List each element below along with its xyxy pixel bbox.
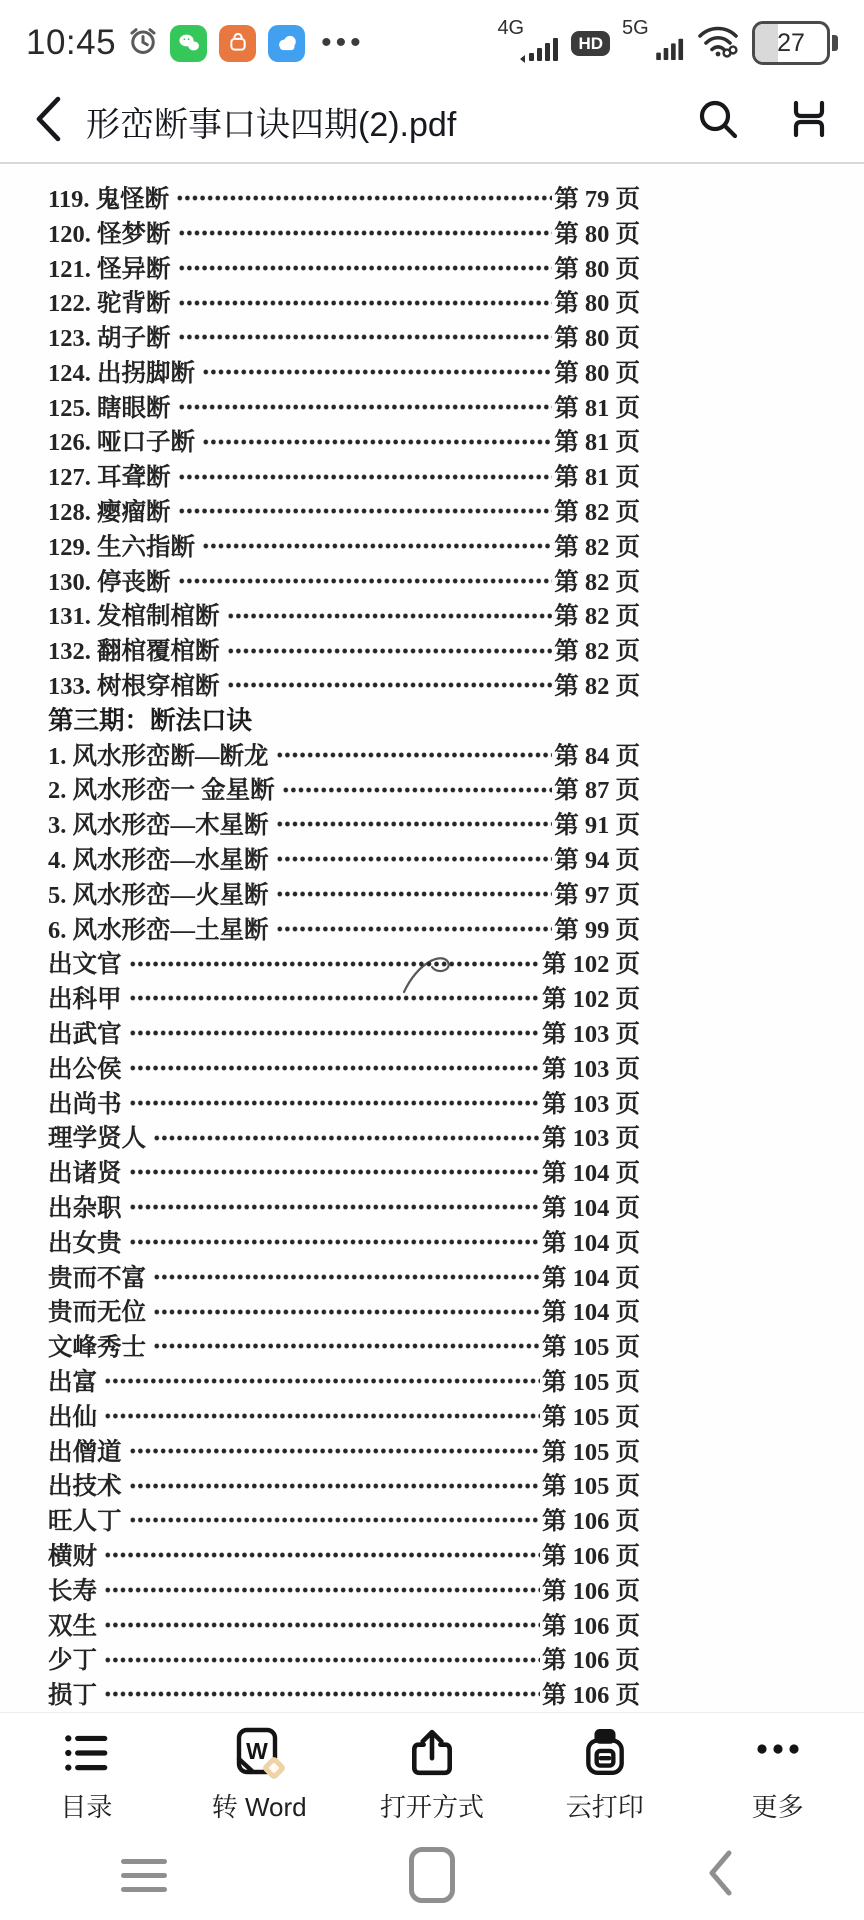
toc-page-number: 第 82 页 xyxy=(554,632,640,667)
toc-dot-leader xyxy=(178,493,553,528)
toc-row: 126. 哑口子断第 81 页 xyxy=(48,424,640,459)
status-bar: 10:45 xyxy=(0,0,864,80)
toc-row: 128. 瘿瘤断第 82 页 xyxy=(48,493,640,528)
toc-item-title: 长寿 xyxy=(48,1572,97,1607)
bottom-toolbar: 目录 W 转 Word xyxy=(0,1712,864,1830)
toc-dot-leader xyxy=(282,772,553,807)
toc-row: 出僧道第 105 页 xyxy=(48,1433,640,1468)
toc-item-title: 1. 风水形峦断—断龙 xyxy=(48,737,269,772)
status-right: 4G HD 5G xyxy=(497,19,838,67)
toc-page-number: 第 80 页 xyxy=(554,284,640,319)
toc-page-number: 第 106 页 xyxy=(542,1676,640,1711)
toc-row: 129. 生六指断第 82 页 xyxy=(48,528,640,563)
toc-item-title: 双生 xyxy=(48,1607,97,1642)
cloud-print-icon xyxy=(580,1725,630,1781)
toc-dot-leader xyxy=(104,1537,540,1572)
toc-page-number: 第 80 页 xyxy=(554,215,640,250)
toc-dot-leader xyxy=(178,250,553,285)
toc-dot-leader xyxy=(104,1641,540,1676)
toc-dot-leader xyxy=(276,806,553,841)
toc-dot-leader xyxy=(104,1607,540,1642)
toc-page-number: 第 82 页 xyxy=(554,563,640,598)
toc-item-title: 出科甲 xyxy=(48,980,122,1015)
toc-item-title: 出文官 xyxy=(48,945,122,980)
toolbar-label: 转 Word xyxy=(212,1787,307,1824)
toc-page-number: 第 97 页 xyxy=(554,876,640,911)
toc-dot-leader xyxy=(104,1676,540,1711)
open-with-icon xyxy=(407,1725,457,1781)
toc-row: 122. 驼背断第 80 页 xyxy=(48,284,640,319)
toc-page-number: 第 84 页 xyxy=(554,737,640,772)
toc-item-title: 128. 瘿瘤断 xyxy=(48,493,171,528)
toc-row: 长寿第 106 页 xyxy=(48,1572,640,1607)
toc-dot-leader xyxy=(129,1224,541,1259)
toc-page-number: 第 105 页 xyxy=(542,1433,640,1468)
toc-item-title: 出女贵 xyxy=(48,1224,122,1259)
system-navbar xyxy=(0,1830,864,1920)
toc-item-title: 132. 翻棺覆棺断 xyxy=(48,632,220,667)
toc-page-number: 第 105 页 xyxy=(542,1398,640,1433)
toc-dot-leader xyxy=(129,946,541,981)
toc-item-title: 3. 风水形峦—木星断 xyxy=(48,806,269,841)
toc-row: 1. 风水形峦断—断龙第 84 页 xyxy=(48,737,640,772)
app-store-icon xyxy=(219,25,256,62)
toc-row: 出富第 105 页 xyxy=(48,1363,640,1398)
toc-item-title: 119. 鬼怪断 xyxy=(48,180,169,215)
toc-dot-leader xyxy=(227,632,553,667)
toc-row: 123. 胡子断第 80 页 xyxy=(48,319,640,354)
toc-row: 131. 发棺制棺断第 82 页 xyxy=(48,598,640,633)
document-title: 形峦断事口诀四期(2).pdf xyxy=(86,97,686,146)
toc-item-title: 出公侯 xyxy=(48,1050,122,1085)
battery-percent: 27 xyxy=(777,29,805,58)
toc-item-title: 文峰秀士 xyxy=(48,1328,146,1363)
toc-row: 文峰秀士第 105 页 xyxy=(48,1328,640,1363)
toc-row: 130. 停丧断第 82 页 xyxy=(48,563,640,598)
toc-page-number: 第 94 页 xyxy=(554,841,640,876)
toc-page-number: 第 105 页 xyxy=(542,1328,640,1363)
toc-row: 125. 瞎眼断第 81 页 xyxy=(48,389,640,424)
toc-item-title: 出杂职 xyxy=(48,1189,122,1224)
toc-page-number: 第 105 页 xyxy=(542,1363,640,1398)
toc-row: 出诸贤第 104 页 xyxy=(48,1154,640,1189)
pdf-reader-screen: 10:45 xyxy=(0,0,864,1920)
toolbar-label: 目录 xyxy=(60,1787,112,1824)
toc-item-title: 出诸贤 xyxy=(48,1154,122,1189)
toc-dot-leader xyxy=(129,1085,541,1120)
wifi-icon xyxy=(696,23,740,64)
toc-row: 双生第 106 页 xyxy=(48,1607,640,1642)
toc-dot-leader xyxy=(178,319,553,354)
toc-dot-leader xyxy=(129,1154,541,1189)
cloud-message-icon xyxy=(268,25,305,62)
home-button[interactable] xyxy=(409,1847,455,1903)
toc-dot-leader xyxy=(178,389,553,424)
recents-button[interactable] xyxy=(121,1859,167,1892)
toolbar-item-to-word[interactable]: W 转 Word xyxy=(173,1713,346,1830)
toc-item-title: 贵而不富 xyxy=(48,1259,146,1294)
pdf-page: 119. 鬼怪断第 79 页120. 怪梦断第 80 页121. 怪异断第 80… xyxy=(0,166,864,1712)
toc-row: 出公侯第 103 页 xyxy=(48,1050,640,1085)
toc-dot-leader xyxy=(178,563,553,598)
toc-dot-leader xyxy=(276,911,553,946)
toc-dot-leader xyxy=(129,1433,541,1468)
toc-item-title: 4. 风水形峦—水星断 xyxy=(48,841,269,876)
toc-dot-leader xyxy=(202,354,552,389)
toolbar-label: 打开方式 xyxy=(380,1787,484,1824)
toc-list-icon xyxy=(61,1725,111,1781)
search-button[interactable] xyxy=(696,97,740,146)
toc-rows: 119. 鬼怪断第 79 页120. 怪梦断第 80 页121. 怪异断第 80… xyxy=(48,180,640,1711)
toc-page-number: 第 80 页 xyxy=(554,354,640,389)
toc-item-title: 131. 发棺制棺断 xyxy=(48,597,220,632)
toc-item-title: 121. 怪异断 xyxy=(48,250,171,285)
toc-page-number: 第 104 页 xyxy=(542,1189,640,1224)
toc-dot-leader xyxy=(176,180,552,215)
toc-item-title: 5. 风水形峦—火星断 xyxy=(48,876,269,911)
toc-dot-leader xyxy=(227,598,553,633)
toc-row: 132. 翻棺覆棺断第 82 页 xyxy=(48,632,640,667)
toolbar-item-toc[interactable]: 目录 xyxy=(0,1713,173,1830)
toc-item-title: 2. 风水形峦一 金星断 xyxy=(48,771,275,806)
toc-row: 6. 风水形峦—土星断第 99 页 xyxy=(48,911,640,946)
toc-page-number: 第 104 页 xyxy=(542,1154,640,1189)
toc-item-title: 少丁 xyxy=(48,1641,97,1676)
toc-dot-leader xyxy=(104,1572,540,1607)
toc-dot-leader xyxy=(129,1467,541,1502)
toc-item-title: 第三期：断法口诀 xyxy=(48,701,252,737)
header-bar: 形峦断事口诀四期(2).pdf xyxy=(0,80,864,164)
toc-item-title: 122. 驼背断 xyxy=(48,284,171,319)
toc-dot-leader xyxy=(178,215,553,250)
toc-row: 5. 风水形峦—火星断第 97 页 xyxy=(48,876,640,911)
toc-row: 出杂职第 104 页 xyxy=(48,1189,640,1224)
toc-dot-leader xyxy=(276,841,553,876)
toolbar-label: 云打印 xyxy=(566,1787,644,1824)
toc-row: 119. 鬼怪断第 79 页 xyxy=(48,180,640,215)
toc-page-number: 第 104 页 xyxy=(542,1224,640,1259)
back-button[interactable] xyxy=(34,96,62,147)
toc-dot-leader xyxy=(178,458,553,493)
toc-item-title: 出仙 xyxy=(48,1398,97,1433)
toc-row: 120. 怪梦断第 80 页 xyxy=(48,215,640,250)
toc-dot-leader xyxy=(153,1328,540,1363)
toc-dot-leader xyxy=(129,1189,541,1224)
toc-page-number: 第 82 页 xyxy=(554,597,640,632)
convert-word-icon: W xyxy=(230,1725,288,1781)
toc-item-title: 129. 生六指断 xyxy=(48,528,195,563)
toc-row: 贵而无位第 104 页 xyxy=(48,1294,640,1329)
toc-row: 出科甲第 102 页 xyxy=(48,980,640,1015)
toc-row: 4. 风水形峦—水星断第 94 页 xyxy=(48,841,640,876)
toc-page-number: 第 103 页 xyxy=(542,1119,640,1154)
signal-4g-icon: 4G xyxy=(497,19,559,67)
toolbar-label: 更多 xyxy=(752,1787,804,1824)
toc-row: 出武官第 103 页 xyxy=(48,1015,640,1050)
alarm-clock-icon xyxy=(128,26,158,61)
toc-dot-leader xyxy=(276,876,553,911)
toc-page-number: 第 81 页 xyxy=(554,389,640,424)
toc-page-number: 第 106 页 xyxy=(542,1607,640,1642)
pen-squiggle-mark xyxy=(398,948,460,1005)
toc-row: 横财第 106 页 xyxy=(48,1537,640,1572)
toc-item-title: 横财 xyxy=(48,1537,97,1572)
toc-page-number: 第 99 页 xyxy=(554,911,640,946)
toc-page-number: 第 104 页 xyxy=(542,1259,640,1294)
toc-item-title: 120. 怪梦断 xyxy=(48,215,171,250)
toc-item-title: 124. 出拐脚断 xyxy=(48,354,195,389)
toc-page-number: 第 102 页 xyxy=(542,980,640,1015)
toc-item-title: 133. 树根穿棺断 xyxy=(48,667,220,702)
hd-icon: HD xyxy=(571,31,610,56)
toolbar-item-more[interactable]: 更多 xyxy=(691,1713,864,1830)
toc-item-title: 出技术 xyxy=(48,1467,122,1502)
signal-5g-icon: 5G xyxy=(622,19,684,67)
toc-page-number: 第 81 页 xyxy=(554,423,640,458)
toc-item-title: 贵而无位 xyxy=(48,1293,146,1328)
toc-page-number: 第 81 页 xyxy=(554,458,640,493)
toc-dot-leader xyxy=(202,424,552,459)
toc-row: 贵而不富第 104 页 xyxy=(48,1259,640,1294)
toc-item-title: 123. 胡子断 xyxy=(48,319,171,354)
toc-item-title: 125. 瞎眼断 xyxy=(48,389,171,424)
back-nav-button[interactable] xyxy=(707,1849,733,1902)
clock-time: 10:45 xyxy=(26,23,116,63)
toc-item-title: 出武官 xyxy=(48,1015,122,1050)
toc-page-number: 第 82 页 xyxy=(554,667,640,702)
wechat-icon xyxy=(170,25,207,62)
toc-row: 3. 风水形峦—木星断第 91 页 xyxy=(48,806,640,841)
more-icon xyxy=(752,1725,804,1781)
toc-page-number: 第 103 页 xyxy=(542,1050,640,1085)
toc-page-number: 第 106 页 xyxy=(542,1537,640,1572)
toc-row: 旺人丁第 106 页 xyxy=(48,1502,640,1537)
toc-item-title: 旺人丁 xyxy=(48,1502,122,1537)
toc-row: 出尚书第 103 页 xyxy=(48,1085,640,1120)
toc-page-number: 第 80 页 xyxy=(554,319,640,354)
toc-dot-leader xyxy=(129,980,541,1015)
toc-page-number: 第 103 页 xyxy=(542,1085,640,1120)
toc-dot-leader xyxy=(227,667,553,702)
toc-dot-leader xyxy=(104,1363,540,1398)
toc-row: 133. 树根穿棺断第 82 页 xyxy=(48,667,640,702)
status-left: 10:45 xyxy=(26,23,365,63)
toc-page-number: 第 103 页 xyxy=(542,1015,640,1050)
toc-item-title: 出僧道 xyxy=(48,1433,122,1468)
toc-dot-leader xyxy=(129,1015,541,1050)
toc-row: 出女贵第 104 页 xyxy=(48,1224,640,1259)
toc-dot-leader xyxy=(153,1259,540,1294)
more-notifications-dots: ••• xyxy=(321,38,365,48)
toc-dot-leader xyxy=(129,1050,541,1085)
toc-page-number: 第 80 页 xyxy=(554,250,640,285)
toc-page-number: 第 87 页 xyxy=(554,771,640,806)
toc-item-title: 127. 耳聋断 xyxy=(48,458,171,493)
toc-item-title: 130. 停丧断 xyxy=(48,563,171,598)
toc-row: 出文官第 102 页 xyxy=(48,946,640,981)
toc-row: 出技术第 105 页 xyxy=(48,1467,640,1502)
toc-page-number: 第 82 页 xyxy=(554,493,640,528)
toc-page-number: 第 79 页 xyxy=(554,180,640,215)
battery-fill xyxy=(755,24,778,62)
toc-row: 损丁第 106 页 xyxy=(48,1676,640,1711)
toc-dot-leader xyxy=(202,528,552,563)
toc-page-number: 第 104 页 xyxy=(542,1293,640,1328)
toc-dot-leader xyxy=(153,1120,540,1155)
svg-text:W: W xyxy=(246,1738,268,1764)
toc-row: 127. 耳聋断第 81 页 xyxy=(48,458,640,493)
toc-section-header: 第三期：断法口诀 xyxy=(48,702,640,737)
toc-page-number: 第 106 页 xyxy=(542,1641,640,1676)
toc-row: 理学贤人第 103 页 xyxy=(48,1120,640,1155)
battery-icon: 27 xyxy=(752,21,838,65)
toc-item-title: 6. 风水形峦—土星断 xyxy=(48,911,269,946)
toc-dot-leader xyxy=(276,737,553,772)
toc-dot-leader xyxy=(178,284,553,319)
toolbar-item-open-with[interactable]: 打开方式 xyxy=(346,1713,519,1830)
toc-row: 124. 出拐脚断第 80 页 xyxy=(48,354,640,389)
doc-switch-button[interactable] xyxy=(788,97,830,146)
toolbar-item-cloud-print[interactable]: 云打印 xyxy=(518,1713,691,1830)
toc-row: 2. 风水形峦一 金星断第 87 页 xyxy=(48,772,640,807)
toc-dot-leader xyxy=(129,1502,541,1537)
toc-page-number: 第 105 页 xyxy=(542,1467,640,1502)
toc-page-number: 第 91 页 xyxy=(554,806,640,841)
toc-page-number: 第 102 页 xyxy=(542,945,640,980)
toc-item-title: 126. 哑口子断 xyxy=(48,423,195,458)
toc-item-title: 出富 xyxy=(48,1363,97,1398)
toc-page-number: 第 106 页 xyxy=(542,1502,640,1537)
toc-page-number: 第 106 页 xyxy=(542,1572,640,1607)
toc-dot-leader xyxy=(104,1398,540,1433)
toc-item-title: 理学贤人 xyxy=(48,1119,146,1154)
toc-dot-leader xyxy=(153,1294,540,1329)
toc-row: 少丁第 106 页 xyxy=(48,1641,640,1676)
toc-row: 121. 怪异断第 80 页 xyxy=(48,250,640,285)
toc-page-number: 第 82 页 xyxy=(554,528,640,563)
toc-row: 出仙第 105 页 xyxy=(48,1398,640,1433)
toc-item-title: 损丁 xyxy=(48,1676,97,1711)
toc-item-title: 出尚书 xyxy=(48,1085,122,1120)
